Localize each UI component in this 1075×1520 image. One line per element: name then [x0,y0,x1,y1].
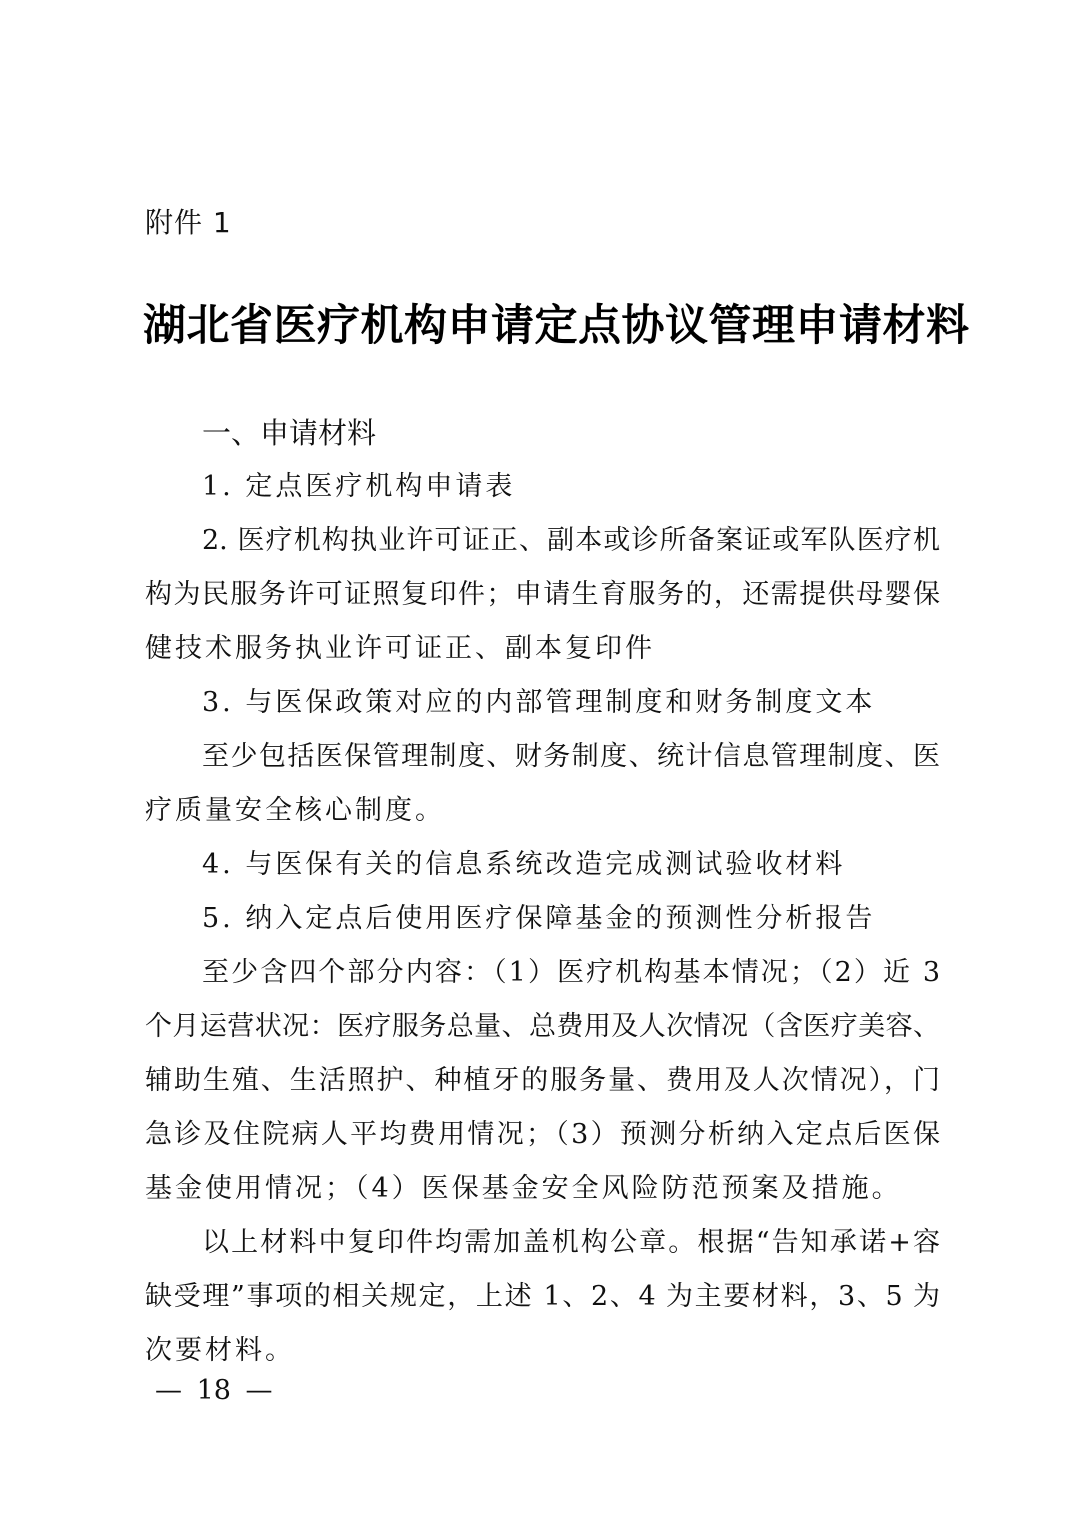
item-2-license-line-3: 健技术服务执业许可证正、副本复印件 [145,629,940,669]
item-5-detail-line-1: 至少含四个部分内容：（1）医疗机构基本情况；（2）近 3 [202,953,940,993]
page-number: — 18 — [155,1371,273,1411]
item-5-forecast-report: 5. 纳入定点后使用医疗保障基金的预测性分析报告 [202,899,940,939]
item-4-it-system-acceptance: 4. 与医保有关的信息系统改造完成测试验收材料 [202,845,940,885]
item-3-detail-line-2: 疗质量安全核心制度。 [145,791,940,831]
section-heading-application-materials: 一、申请材料 [202,413,376,453]
item-3-detail-line-1: 至少包括医保管理制度、财务制度、统计信息管理制度、医 [202,737,940,777]
closing-note-line-2: 缺受理”事项的相关规定，上述 1、2、4 为主要材料，3、5 为 [145,1277,940,1317]
attachment-label: 附件 1 [145,203,232,243]
item-5-detail-line-3: 辅助生殖、生活照护、种植牙的服务量、费用及人次情况），门 [145,1061,940,1101]
closing-note-line-1: 以上材料中复印件均需加盖机构公章。根据“告知承诺+容 [202,1223,940,1263]
item-5-detail-line-4: 急诊及住院病人平均费用情况；（3）预测分析纳入定点后医保 [145,1115,940,1155]
document-page: 附件 1 湖北省医疗机构申请定点协议管理申请材料 一、申请材料 1. 定点医疗机… [0,0,1075,1520]
item-2-license-line-2: 构为民服务许可证照复印件；申请生育服务的，还需提供母婴保 [145,575,940,615]
item-2-license-line-1: 2. 医疗机构执业许可证正、副本或诊所备案证或军队医疗机 [202,521,940,561]
item-5-detail-line-2: 个月运营状况：医疗服务总量、总费用及人次情况（含医疗美容、 [145,1007,940,1047]
closing-note-line-3: 次要材料。 [145,1331,940,1371]
item-1-application-form: 1. 定点医疗机构申请表 [202,467,940,507]
item-5-detail-line-5: 基金使用情况；（4）医保基金安全风险防范预案及措施。 [145,1169,940,1209]
item-3-management-system: 3. 与医保政策对应的内部管理制度和财务制度文本 [202,683,940,723]
document-title: 湖北省医疗机构申请定点协议管理申请材料 [143,298,970,354]
